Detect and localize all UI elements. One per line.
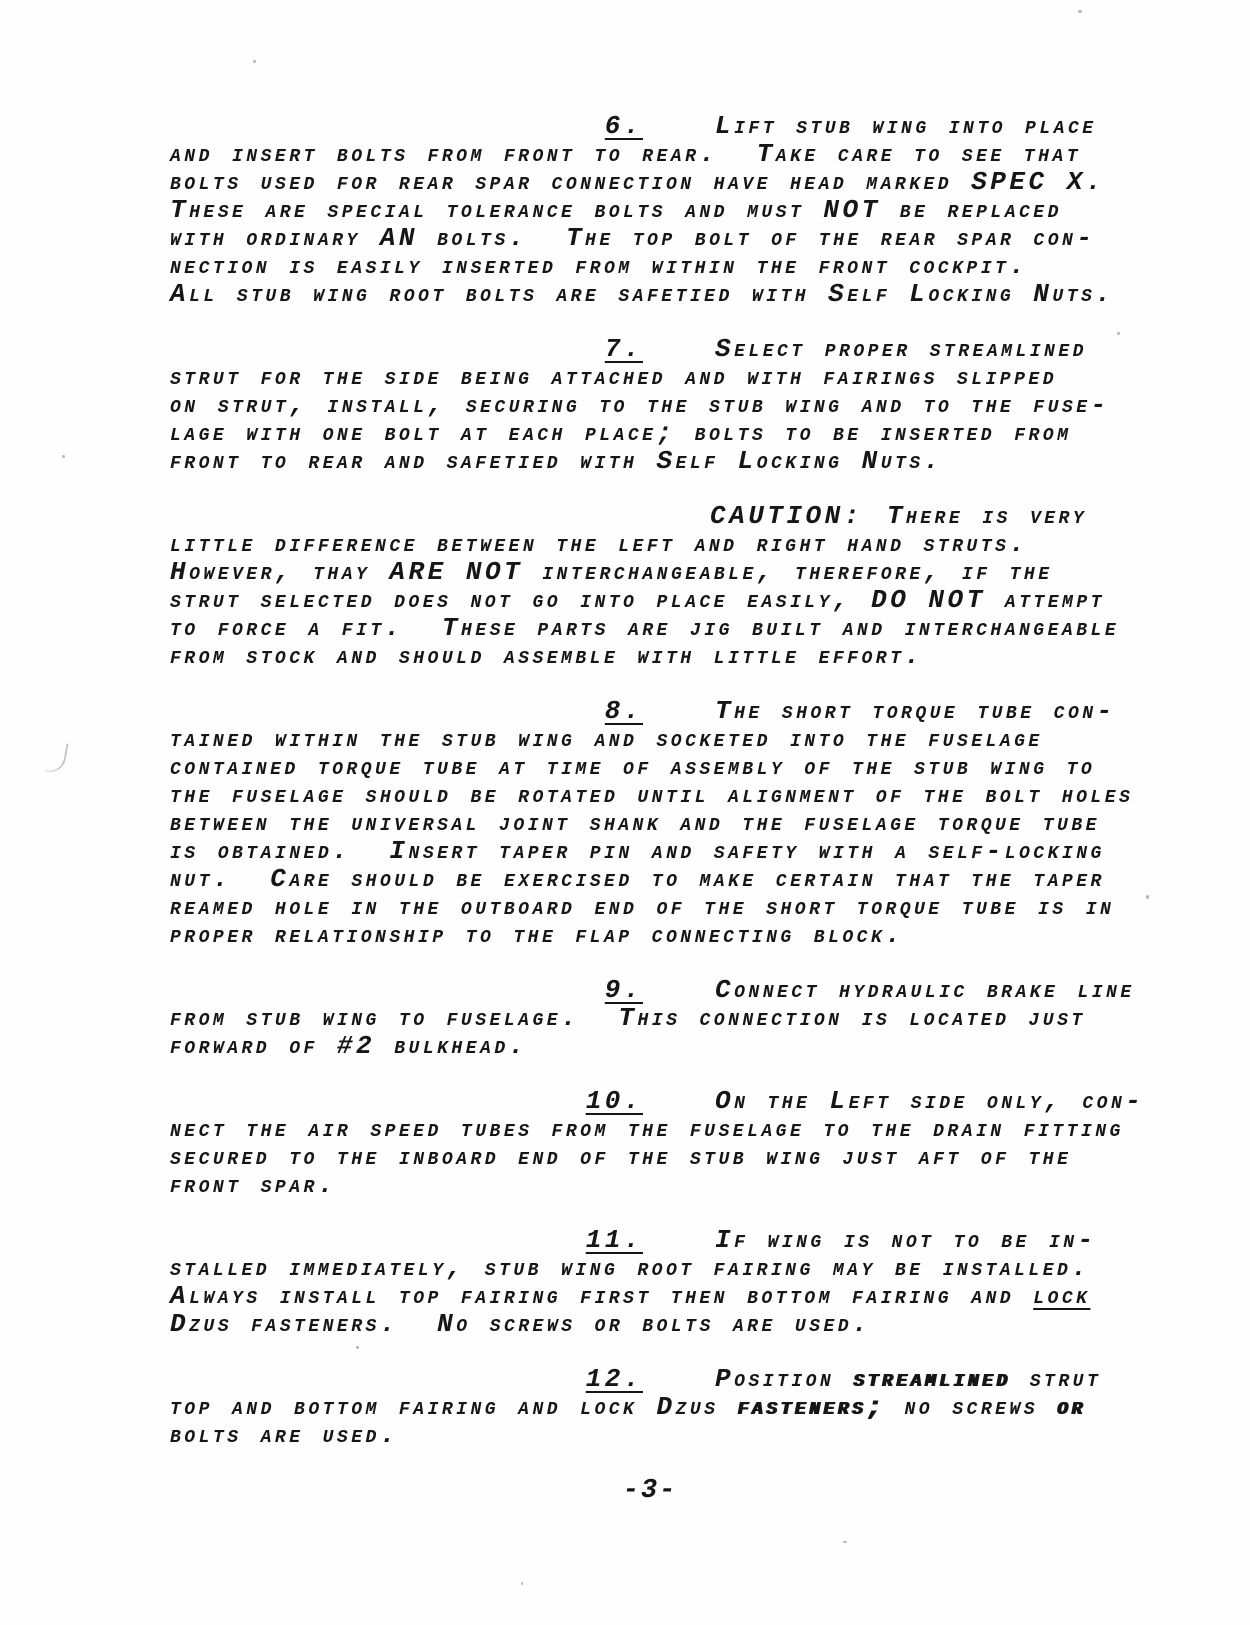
paragraph-first-line: 11.If wing is not to be in- bbox=[170, 1226, 1250, 1254]
paragraph-number: 10. bbox=[585, 1087, 643, 1115]
text-line: tained within the stub wing and socketed… bbox=[170, 725, 1250, 753]
paper-speck bbox=[1146, 895, 1149, 899]
paragraph-first-line: 6.Lift stub wing into place bbox=[170, 112, 1250, 140]
text-line: is obtained. Insert taper pin and safety… bbox=[170, 837, 1250, 865]
text-line: strut selected does not go into place ea… bbox=[170, 586, 1250, 614]
document-page: 6.Lift stub wing into placeand insert bo… bbox=[0, 0, 1250, 1625]
paragraph-first-line: 10.On the Left side only, con- bbox=[170, 1087, 1250, 1115]
paragraph: 9.Connect hydraulic brake linefrom stub … bbox=[170, 976, 1250, 1060]
text-line: strut for the side being attached and wi… bbox=[170, 363, 1250, 391]
paragraph-first-line: 8.The short torque tube con- bbox=[170, 697, 1250, 725]
text-line: lage with one bolt at each place; bolts … bbox=[170, 419, 1250, 447]
text-line: to force a fit. These parts are jig buil… bbox=[170, 614, 1250, 642]
paragraph-number: 12. bbox=[585, 1365, 643, 1393]
text-line: bolts are used. bbox=[170, 1421, 1250, 1449]
paragraph: CAUTION:There is verylittle difference b… bbox=[170, 502, 1250, 670]
paragraph-number: 9. bbox=[585, 976, 643, 1004]
paragraph: 10.On the Left side only, con-nect the a… bbox=[170, 1087, 1250, 1199]
text-line: However, thay ARE NOT interchangeable, t… bbox=[170, 558, 1250, 586]
text-line: nection is easily inserted from within t… bbox=[170, 252, 1250, 280]
paper-speck bbox=[1078, 10, 1082, 13]
text-line: Dzus fasteners. No screws or bolts are u… bbox=[170, 1310, 1250, 1338]
paragraph-first-line: 7.Select proper streamlined bbox=[170, 335, 1250, 363]
paragraph: 12.Position streamlined struttop and bot… bbox=[170, 1365, 1250, 1449]
paragraph-first-line: 9.Connect hydraulic brake line bbox=[170, 976, 1250, 1004]
paragraph-number: 8. bbox=[585, 697, 643, 725]
text-line: All stub wing root bolts are safetied wi… bbox=[170, 280, 1250, 308]
paper-speck bbox=[843, 1541, 847, 1543]
text-line: and insert bolts from front to rear. Tak… bbox=[170, 140, 1250, 168]
paragraph-number: 7. bbox=[585, 335, 643, 363]
text-line: These are special tolerance bolts and mu… bbox=[170, 196, 1250, 224]
text-line: nut. Care should be exercised to make ce… bbox=[170, 865, 1250, 893]
text-line: between the universal joint shank and th… bbox=[170, 809, 1250, 837]
paragraph-number: 11. bbox=[585, 1226, 643, 1254]
text-line: front to rear and safetied with Self Loc… bbox=[170, 447, 1250, 475]
text-line: reamed hole in the outboard end of the s… bbox=[170, 893, 1250, 921]
text-line: from stub wing to fuselage. This connect… bbox=[170, 1004, 1250, 1032]
paragraph-first-line: CAUTION:There is very bbox=[170, 502, 1250, 530]
text-line: with ordinary AN bolts. The top bolt of … bbox=[170, 224, 1250, 252]
text-line: forward of #2 bulkhead. bbox=[170, 1032, 1250, 1060]
paragraph-first-line: 12.Position streamlined strut bbox=[170, 1365, 1250, 1393]
text-line: nect the air speed tubes from the fusela… bbox=[170, 1115, 1250, 1143]
page-number: -3- bbox=[170, 1476, 1130, 1506]
text-line: Always install top fairing first then bo… bbox=[170, 1282, 1250, 1310]
text-line: top and bottom fairing and lock Dzus fas… bbox=[170, 1393, 1250, 1421]
text-line: bolts used for rear spar connection have… bbox=[170, 168, 1250, 196]
text-line: from stock and should assemble with litt… bbox=[170, 642, 1250, 670]
paper-speck bbox=[356, 1346, 359, 1349]
paper-speck bbox=[253, 60, 256, 63]
text-line: secured to the inboard end of the stub w… bbox=[170, 1143, 1250, 1171]
text-line: front spar. bbox=[170, 1171, 1250, 1199]
text-line: proper relationship to the flap connecti… bbox=[170, 921, 1250, 949]
paper-speck bbox=[521, 1582, 523, 1585]
paragraph-number: CAUTION: bbox=[710, 501, 863, 531]
paragraph: 11.If wing is not to be in-stalled immed… bbox=[170, 1226, 1250, 1338]
paragraph: 8.The short torque tube con-tained withi… bbox=[170, 697, 1250, 949]
document-body: 6.Lift stub wing into placeand insert bo… bbox=[0, 0, 1250, 1449]
text-line: little difference between the left and r… bbox=[170, 530, 1250, 558]
text-line: contained torque tube at time of assembl… bbox=[170, 753, 1250, 781]
paper-speck bbox=[1117, 332, 1120, 335]
paragraph: 7.Select proper streamlinedstrut for the… bbox=[170, 335, 1250, 475]
text-line: stalled immediately, stub wing root fair… bbox=[170, 1254, 1250, 1282]
paragraph-number: 6. bbox=[585, 112, 643, 140]
text-line: the fuselage should be rotated until ali… bbox=[170, 781, 1250, 809]
paragraph: 6.Lift stub wing into placeand insert bo… bbox=[170, 112, 1250, 308]
paper-speck bbox=[62, 455, 65, 458]
text-line: on strut, install, securing to the stub … bbox=[170, 391, 1250, 419]
